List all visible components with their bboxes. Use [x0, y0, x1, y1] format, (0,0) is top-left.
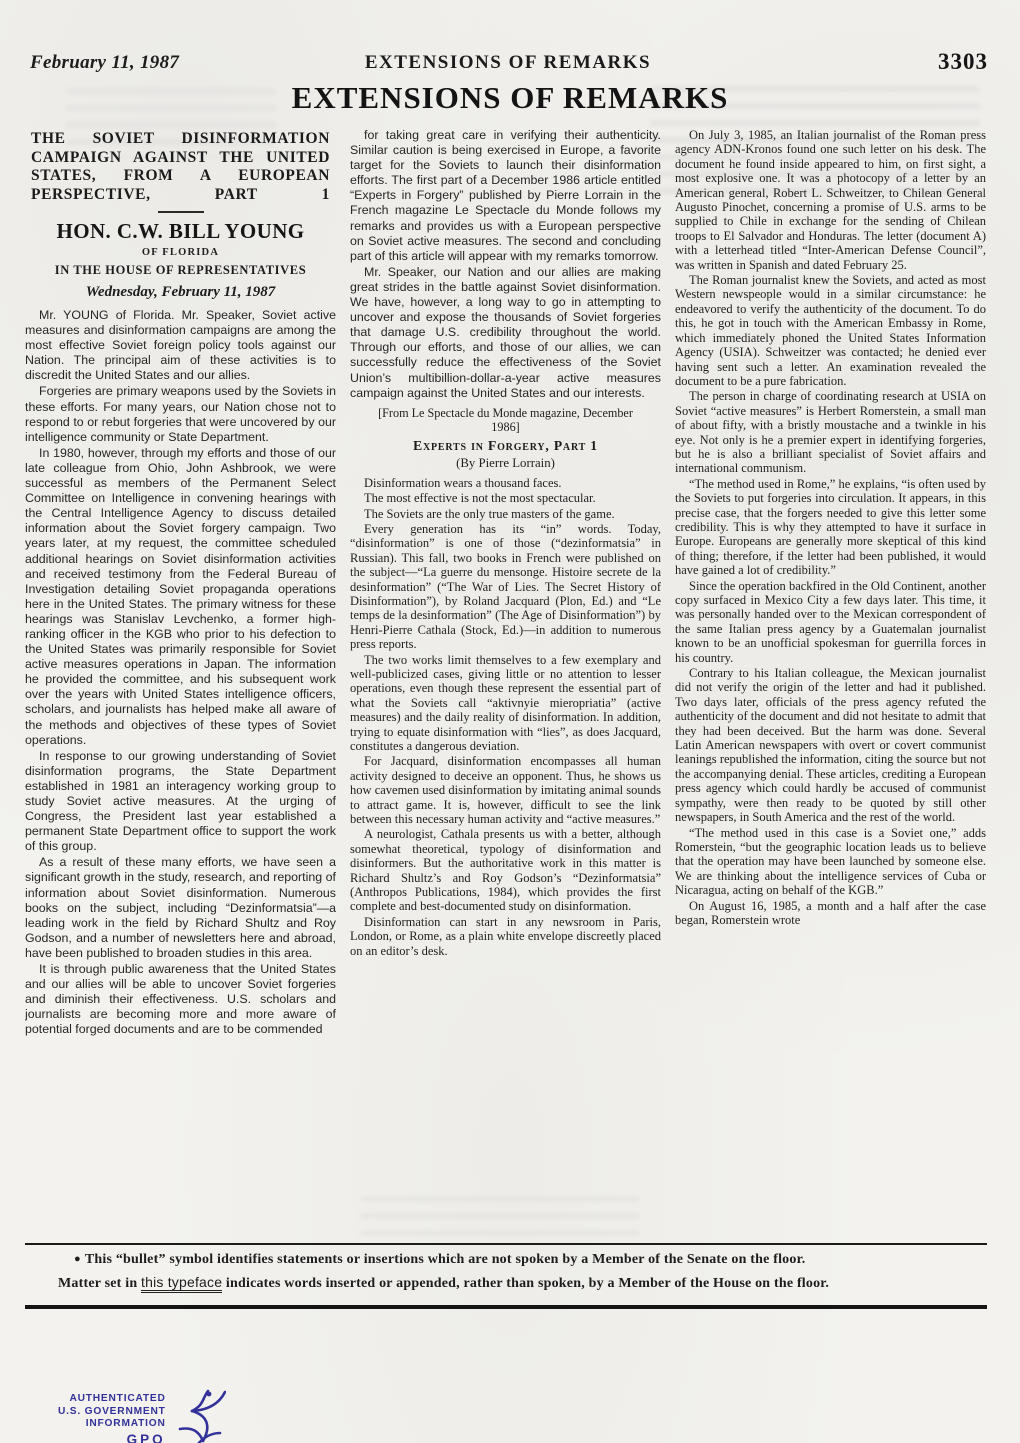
gpo-abbr: GPO: [58, 1434, 166, 1443]
paragraph: On July 3, 1985, an Italian journalist o…: [675, 128, 986, 272]
header-title: EXTENSIONS OF REMARKS: [28, 52, 988, 74]
paragraph: In 1980, however, through my efforts and…: [25, 446, 336, 748]
chamber-line: IN THE HOUSE OF REPRESENTATIVES: [25, 263, 336, 278]
middle-column-remarks: for taking great care in verifying their…: [350, 128, 661, 401]
paragraph: Contrary to his Italian colleague, the M…: [675, 666, 986, 824]
article-section-heading: Experts in Forgery, Part 1: [350, 438, 661, 454]
paragraph: The person in charge of coordinating res…: [675, 389, 986, 475]
gpo-line1: AUTHENTICATED: [58, 1393, 166, 1406]
footnote-house: Matter set in this typeface indicates wo…: [58, 1274, 965, 1292]
paragraph: It is through public awareness that the …: [25, 962, 336, 1037]
paragraph: Since the operation backfired in the Old…: [675, 579, 986, 665]
text-columns: THE SOVIET DISINFORMATION CAMPAIGN AGAIN…: [25, 128, 987, 1238]
typeface-sample: this typeface: [141, 1274, 222, 1293]
column-left: THE SOVIET DISINFORMATION CAMPAIGN AGAIN…: [25, 128, 336, 1238]
footnote-senate-text: This “bullet” symbol identifies statemen…: [85, 1252, 806, 1267]
paragraph: On August 16, 1985, a month and a half a…: [675, 899, 986, 928]
paragraph: The Roman journalist knew the Soviets, a…: [675, 273, 986, 388]
paragraph: For Jacquard, disinformation encompasses…: [350, 754, 661, 826]
paragraph: for taking great care in verifying their…: [350, 128, 661, 264]
speaker-name: HON. C.W. BILL YOUNG: [25, 219, 336, 244]
right-column-article: On July 3, 1985, an Italian journalist o…: [675, 128, 986, 927]
gpo-authentication-logo: AUTHENTICATED U.S. GOVERNMENT INFORMATIO…: [58, 1393, 226, 1443]
paragraph: In response to our growing understanding…: [25, 749, 336, 855]
paragraph: Forgeries are primary weapons used by th…: [25, 384, 336, 444]
running-header: February 11, 1987 EXTENSIONS OF REMARKS …: [28, 52, 988, 78]
left-column-paragraphs: Mr. YOUNG of Florida. Mr. Speaker, Sovie…: [25, 308, 336, 1038]
footer-rule-top: [25, 1243, 987, 1245]
paragraph: The two works limit themselves to a few …: [350, 653, 661, 754]
footnote-house-pre: Matter set in: [58, 1276, 141, 1291]
session-date: Wednesday, February 11, 1987: [25, 284, 336, 301]
paragraph: Disinformation can start in any newsroom…: [350, 915, 661, 958]
paragraph: As a result of these many efforts, we ha…: [25, 855, 336, 961]
page-number: 3303: [938, 49, 988, 75]
byline: (By Pierre Lorrain): [350, 456, 661, 471]
article-title: THE SOVIET DISINFORMATION CAMPAIGN AGAIN…: [31, 130, 330, 204]
congressional-record-page: February 11, 1987 EXTENSIONS OF REMARKS …: [0, 0, 1020, 1443]
paragraph: Mr. YOUNG of Florida. Mr. Speaker, Sovie…: [25, 308, 336, 383]
title-divider: [158, 211, 204, 213]
middle-column-article: Disinformation wears a thousand faces.Th…: [350, 476, 661, 958]
footnotes: ●This “bullet” symbol identifies stateme…: [58, 1252, 965, 1292]
paragraph: The Soviets are the only true masters of…: [350, 507, 661, 521]
footnote-senate: ●This “bullet” symbol identifies stateme…: [74, 1252, 965, 1268]
column-right: On July 3, 1985, an Italian journalist o…: [675, 128, 986, 1238]
citation-line: [From Le Spectacle du Monde magazine, De…: [364, 406, 647, 434]
gpo-line3: INFORMATION: [58, 1418, 166, 1431]
paragraph: Disinformation wears a thousand faces.: [350, 476, 661, 490]
paragraph: Every generation has its “in” words. Tod…: [350, 522, 661, 652]
paragraph: Mr. Speaker, our Nation and our allies a…: [350, 265, 661, 401]
paragraph: The most effective is not the most spect…: [350, 491, 661, 505]
paragraph: “The method used in Rome,” he explains, …: [675, 477, 986, 578]
bullet-icon: ●: [74, 1253, 81, 1265]
gpo-text: AUTHENTICATED U.S. GOVERNMENT INFORMATIO…: [58, 1393, 166, 1443]
speaker-state: OF FLORIDA: [25, 247, 336, 258]
paragraph: A neurologist, Cathala presents us with …: [350, 827, 661, 913]
gpo-eagle-icon: [168, 1389, 226, 1443]
footnote-house-post: indicates words inserted or appended, ra…: [222, 1276, 829, 1291]
footer-rule-bottom: [25, 1305, 987, 1309]
column-middle: for taking great care in verifying their…: [350, 128, 661, 1238]
gpo-line2: U.S. GOVERNMENT: [58, 1406, 166, 1419]
main-title: EXTENSIONS OF REMARKS: [0, 80, 1020, 116]
paragraph: “The method used in this case is a Sovie…: [675, 826, 986, 898]
